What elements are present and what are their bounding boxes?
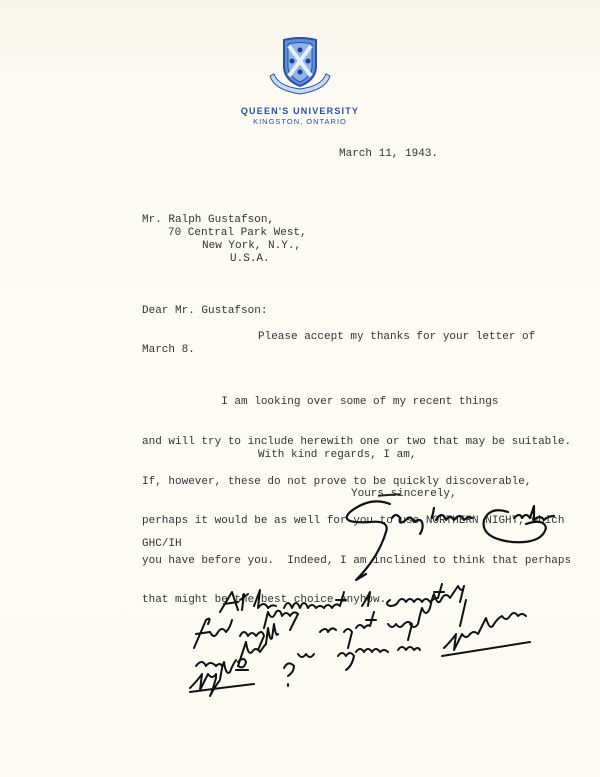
recipient-country: U.S.A. (230, 253, 270, 266)
salutation: Dear Mr. Gustafson: (142, 305, 267, 318)
closing: With kind regards, I am, (258, 449, 416, 462)
letterhead: QUEEN'S UNIVERSITY KINGSTON, ONTARIO (0, 36, 600, 126)
paragraph-1-line-1: Please accept my thanks for your letter … (258, 331, 535, 344)
paragraph-2-line: and will try to include herewith one or … (142, 436, 571, 449)
paragraph-2-line: If, however, these do not prove to be qu… (142, 476, 571, 489)
recipient-name: Mr. Ralph Gustafson, (142, 214, 274, 227)
institution-location: KINGSTON, ONTARIO (0, 117, 600, 126)
typist-initials: GHC/IH (142, 538, 182, 551)
recipient-city: New York, N.Y., (202, 240, 301, 253)
letter-date: March 11, 1943. (339, 148, 438, 161)
recipient-street: 70 Central Park West, (168, 227, 307, 240)
paragraph-1-line-2: March 8. (142, 344, 195, 357)
institution-name: QUEEN'S UNIVERSITY (0, 106, 600, 116)
letter-paper: QUEEN'S UNIVERSITY KINGSTON, ONTARIO Mar… (0, 0, 600, 777)
university-crest-icon (260, 36, 340, 98)
handwritten-postscript: At the moment I cannot (180, 570, 600, 700)
paragraph-2-line: I am looking over some of my recent thin… (142, 396, 571, 409)
